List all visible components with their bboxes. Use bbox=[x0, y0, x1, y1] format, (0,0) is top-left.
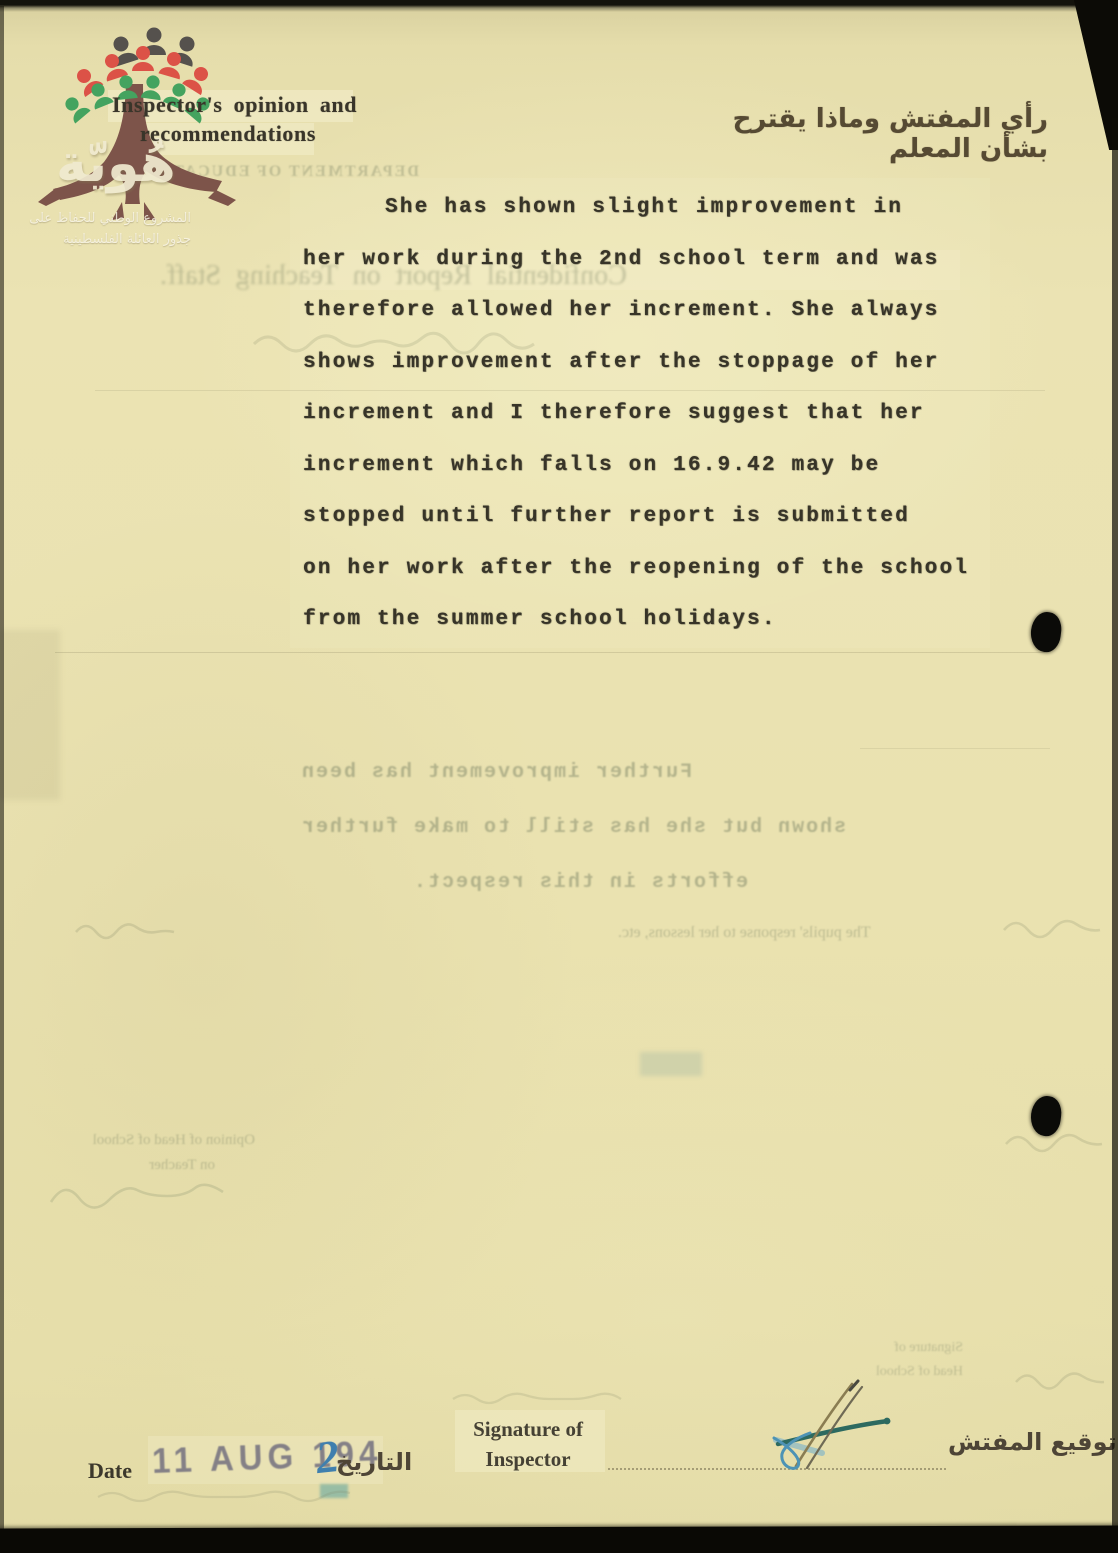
bleedthrough-line: efforts in this respect. bbox=[412, 855, 878, 910]
bleedthrough-line: Opinion of Head of School bbox=[85, 1128, 255, 1153]
section-title-english: Inspector's opinion and recommendations bbox=[112, 92, 357, 147]
inspector-signature-label: Signature of Inspector bbox=[452, 1414, 604, 1474]
typed-line: from the summer school holidays. bbox=[303, 594, 993, 646]
signature-label-line2: Inspector bbox=[452, 1444, 604, 1474]
inspector-signature-ink bbox=[768, 1378, 913, 1470]
date-label-english: Date bbox=[88, 1458, 132, 1484]
bleedthrough-line: shown but she has still to make further bbox=[300, 800, 878, 855]
typed-line: her work during the 2nd school term and … bbox=[303, 234, 993, 286]
bleedthrough-handwriting-squiggle bbox=[45, 1168, 230, 1220]
scanned-document: DEPARTMENT OF EDUCATION Confidential Rep… bbox=[0, 0, 1118, 1553]
typed-line: She has shown slight improvement in bbox=[303, 182, 993, 234]
bleedthrough-head-signature: Signature of Head of School bbox=[845, 1336, 963, 1384]
scan-edge-top bbox=[0, 0, 1118, 12]
org-line: جذور العائلة الفلسطينية bbox=[26, 229, 191, 250]
typed-line: shows improvement after the stoppage of … bbox=[303, 337, 993, 389]
typed-line: increment which falls on 16.9.42 may be bbox=[303, 440, 993, 492]
bleedthrough-pupils-row: The pupils' response to her lessons, etc… bbox=[618, 924, 871, 942]
bleedthrough-arabic-squiggle bbox=[1012, 1366, 1107, 1392]
typed-line: increment and I therefore suggest that h… bbox=[303, 388, 993, 440]
scan-edge-bottom bbox=[0, 1526, 1118, 1553]
signature-label-line1: Signature of bbox=[452, 1414, 604, 1444]
inspector-signature-label-arabic: توقيع المفتش bbox=[948, 1428, 1117, 1456]
section-title-line2: recommendations bbox=[140, 121, 357, 147]
bleedthrough-arabic-squiggle bbox=[72, 918, 177, 942]
typewritten-report-body: She has shown slight improvement in her … bbox=[303, 182, 993, 646]
scan-edge-left bbox=[0, 6, 4, 1534]
section-title-line1: Inspector's opinion and bbox=[112, 92, 357, 118]
bleedthrough-squiggle bbox=[450, 1390, 650, 1406]
faint-rule bbox=[55, 652, 1045, 653]
org-line: المشروع الوطني للحفاظ على bbox=[26, 208, 191, 229]
bleedthrough-reverse-paragraph: Further improvement has been shown but s… bbox=[300, 745, 878, 910]
scan-edge-right bbox=[1112, 118, 1118, 1530]
typed-line: stopped until further report is submitte… bbox=[303, 491, 993, 543]
bleedthrough-arabic-squiggle bbox=[1000, 914, 1104, 940]
watermark-org-name: المشروع الوطني للحفاظ على جذور العائلة ا… bbox=[26, 208, 191, 250]
typed-line: therefore allowed her increment. She alw… bbox=[303, 285, 993, 337]
bleedthrough-squiggle bbox=[95, 1488, 365, 1504]
date-label-arabic: التاريخ bbox=[336, 1448, 412, 1476]
bleedthrough-line: Signature of bbox=[845, 1336, 963, 1360]
bleedthrough-line: Further improvement has been bbox=[300, 745, 878, 800]
faint-rule bbox=[860, 748, 1050, 749]
typed-line: on her work after the reopening of the s… bbox=[303, 543, 993, 595]
section-title-arabic: رأي المفتش وماذا يقترح بشأن المعلم bbox=[688, 104, 1048, 164]
